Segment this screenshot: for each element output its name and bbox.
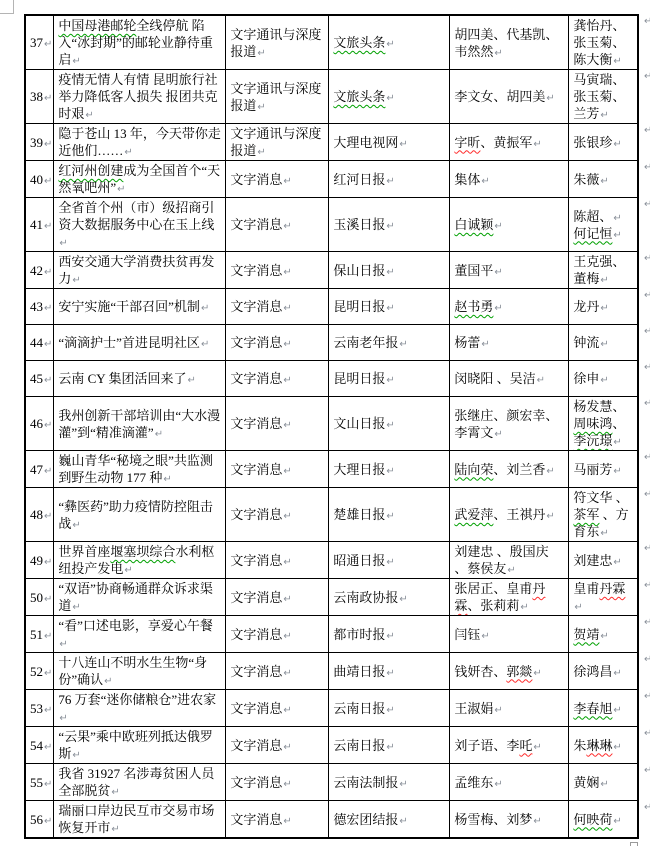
paragraph-mark-icon: ↵ <box>613 213 621 224</box>
title-cell[interactable]: 76 万套“迷你储粮仓”进农家↵ <box>54 690 226 727</box>
paragraph-mark-icon: ↵ <box>44 303 52 314</box>
title-cell[interactable]: 隐于苍山 13 年，今天带你走近他们……↵ <box>54 124 226 161</box>
editors-cell[interactable]: 贺靖↵ <box>569 616 638 653</box>
text-run: 钱妍杏、 <box>454 664 506 679</box>
editors-cell[interactable]: 王克强、董梅↵ <box>569 252 638 289</box>
category-cell[interactable]: 文字消息↵ <box>226 451 329 488</box>
category-cell[interactable]: 文字通讯与深度报道↵ <box>226 15 329 70</box>
title-cell[interactable]: 云南 CY 集团活回来了↵ <box>54 361 226 397</box>
row-number: 55 <box>30 775 43 790</box>
paragraph-mark-icon: ↵ <box>257 48 265 59</box>
authors-cell[interactable]: 字昕、黄振军↵ <box>450 124 569 161</box>
editors-cell[interactable]: 龙丹↵ <box>569 289 638 325</box>
category-cell[interactable]: 文字消息↵ <box>226 653 329 690</box>
paragraph-mark-icon: ↵ <box>386 420 394 431</box>
text-run: 昭通日报 <box>333 553 385 568</box>
text-run: 闵晓阳 、吴洁 <box>454 371 535 386</box>
authors-cell[interactable]: 王淑娟↵ <box>450 690 569 727</box>
authors-cell[interactable]: 集体↵ <box>450 161 569 198</box>
text-run: 武爱萍 <box>454 507 493 522</box>
paragraph-mark-icon: ↵ <box>72 750 80 761</box>
title-cell[interactable]: 中国母港邮轮全线停航 陷入“冰封期”的邮轮业静待重启↵ <box>54 15 226 70</box>
paragraph-mark-icon: ↵ <box>613 139 621 150</box>
publication-cell[interactable]: 文旅头条↵ <box>329 70 450 124</box>
publication-cell[interactable]: 昆明日报↵ <box>329 289 450 325</box>
paragraph-mark-icon: ↵ <box>44 816 52 827</box>
paragraph-mark-icon: ↵ <box>44 705 52 716</box>
text-run: 玉溪日报 <box>333 217 385 232</box>
paragraph-mark-icon: ↵ <box>481 631 489 642</box>
category-cell[interactable]: 文字通讯与深度报道↵ <box>226 124 329 161</box>
paragraph-mark-icon: ↵ <box>44 39 52 50</box>
row-number-cell[interactable]: 43↵ <box>25 289 54 325</box>
paragraph-mark-icon: ↵ <box>283 221 291 232</box>
editors-cell[interactable]: 刘建忠↵ <box>569 542 638 579</box>
category-cell[interactable]: 文字消息↵ <box>226 801 329 839</box>
text-run: 文字消息 <box>230 738 282 753</box>
publication-cell[interactable]: 曲靖日报↵ <box>329 653 450 690</box>
editors-cell[interactable]: 张银珍↵ <box>569 124 638 161</box>
text-run: 我省 31927 名涉毒贫困人员全部脱贫 <box>58 766 214 798</box>
row-number: 46 <box>30 416 43 431</box>
row-number-cell[interactable]: 54↵ <box>25 727 54 764</box>
text-run: 大理电视网 <box>333 135 398 150</box>
category-cell[interactable]: 文字消息↵ <box>226 361 329 397</box>
paragraph-mark-icon: ↵ <box>533 742 541 753</box>
paragraph-mark-icon: ↵ <box>283 816 291 827</box>
authors-cell[interactable]: 闵晓阳 、吴洁↵ <box>450 361 569 397</box>
publication-cell[interactable]: 云南法制报↵ <box>329 764 450 801</box>
title-cell[interactable]: “看”口述电影，享爱心午餐↵ <box>54 616 226 653</box>
title-cell[interactable]: 巍山青华“秘境之眼”共监测到野生动物 177 种↵ <box>54 451 226 488</box>
text-run: 朱 <box>573 738 586 753</box>
title-cell[interactable]: 红河州创建成为全国首个“天然氧吧州”↵ <box>54 161 226 198</box>
paragraph-mark-icon: ↵ <box>546 93 554 104</box>
text-run: 文字消息 <box>230 263 282 278</box>
paragraph-mark-icon: ↵ <box>613 705 621 716</box>
paragraph-mark-icon: ↵ <box>257 102 265 113</box>
publication-cell[interactable]: 云南老年报↵ <box>329 325 450 361</box>
publication-cell[interactable]: 文旅头条↵ <box>329 15 450 70</box>
paragraph-mark-icon: ↵ <box>546 466 554 477</box>
table-row: 41↵全省首个州（市）级招商引资大数据服务中心在玉上线↵文字消息↵玉溪日报↵白诚… <box>25 198 638 252</box>
paragraph-mark-icon: ↵ <box>613 437 621 448</box>
paragraph-mark-icon: ↵ <box>644 453 650 463</box>
paragraph-mark-icon: ↵ <box>644 490 650 500</box>
table-row: 39↵隐于苍山 13 年，今天带你走近他们……↵文字通讯与深度报道↵大理电视网↵… <box>25 124 638 161</box>
paragraph-mark-icon: ↵ <box>283 303 291 314</box>
text-run: 、刘兰香 <box>493 462 545 477</box>
title-cell[interactable]: 瑞丽口岸边民互市交易市场恢复开市↵ <box>54 801 226 839</box>
text-run: 曲靖日报 <box>333 664 385 679</box>
publication-cell[interactable]: 文山日报↵ <box>329 397 450 451</box>
publication-cell[interactable]: 昆明日报↵ <box>329 361 450 397</box>
paragraph-mark-icon: ↵ <box>600 779 608 790</box>
publication-cell[interactable]: 都市时报↵ <box>329 616 450 653</box>
paragraph-mark-icon: ↵ <box>600 631 608 642</box>
text-run: 文字消息 <box>230 416 282 431</box>
text-run: 李沅璟 <box>573 433 612 448</box>
authors-cell[interactable]: 赵书勇↵ <box>450 289 569 325</box>
paragraph-mark-icon: ↵ <box>644 17 650 27</box>
row-number-cell[interactable]: 44↵ <box>25 325 54 361</box>
paragraph-mark-icon: ↵ <box>72 602 80 613</box>
text-run: 、 <box>612 416 625 431</box>
category-cell[interactable]: 文字消息↵ <box>226 289 329 325</box>
text-run: 胡四美、代基凯、韦然然 <box>454 27 558 59</box>
text-run: 、王祺丹 <box>493 507 545 522</box>
paragraph-mark-icon: ↵ <box>59 639 67 650</box>
editors-cell[interactable]: 李春旭↵ <box>569 690 638 727</box>
row-number: 43 <box>30 299 43 314</box>
text-run: 安宁实施“干部召回”机制 <box>58 299 200 314</box>
text-run: 贺靖 <box>573 627 599 642</box>
text-run: 张银珍 <box>573 135 612 150</box>
paragraph-mark-icon: ↵ <box>600 275 608 286</box>
text-run: 徐鸿昌 <box>573 664 612 679</box>
row-number-cell[interactable]: 48↵ <box>25 488 54 542</box>
table-row: 56↵瑞丽口岸边民互市交易市场恢复开市↵文字消息↵德宏团结报↵杨雪梅、刘梦↵何映… <box>25 801 638 839</box>
row-number: 49 <box>30 553 43 568</box>
paragraph-mark-icon: ↵ <box>283 631 291 642</box>
category-cell[interactable]: 文字消息↵ <box>226 161 329 198</box>
text-run: “双语”协商畅通群众诉求渠道 <box>58 581 213 613</box>
row-number-cell[interactable]: 53↵ <box>25 690 54 727</box>
publication-cell[interactable]: 云南日报↵ <box>329 727 450 764</box>
authors-cell[interactable]: 刘建忠 、殷国庆 、蔡侯友↵ <box>450 542 569 579</box>
text-run: 76 万套“迷你储粮仓”进农家 <box>58 692 216 707</box>
text-run: 茶军 <box>573 507 599 522</box>
paragraph-mark-icon: ↵ <box>399 779 407 790</box>
row-number-cell[interactable]: 55↵ <box>25 764 54 801</box>
title-cell[interactable]: 安宁实施“干部召回”机制↵ <box>54 289 226 325</box>
row-number-cell[interactable]: 38↵ <box>25 70 54 124</box>
editors-cell[interactable]: 马丽芳↵ <box>569 451 638 488</box>
editors-cell[interactable]: 朱琳琳↵ <box>569 727 638 764</box>
category-cell[interactable]: 文字消息↵ <box>226 727 329 764</box>
text-run: 文山日报 <box>333 416 385 431</box>
paragraph-mark-icon: ↵ <box>386 631 394 642</box>
title-cell[interactable]: 世界首座堰塞坝综合水利枢纽投产发电↵ <box>54 542 226 579</box>
text-run: 皇甫 <box>573 581 599 596</box>
category-cell[interactable]: 文字消息↵ <box>226 325 329 361</box>
paragraph-mark-icon: ↵ <box>644 254 650 264</box>
editors-cell[interactable]: 朱薇↵ <box>569 161 638 198</box>
paragraph-mark-icon: ↵ <box>59 713 67 724</box>
paragraph-mark-icon: ↵ <box>644 163 650 173</box>
authors-cell[interactable]: 胡四美、代基凯、韦然然↵ <box>450 15 569 70</box>
paragraph-mark-icon: ↵ <box>600 375 608 386</box>
title-cell[interactable]: “云果”乘中欧班列抵达俄罗斯↵ <box>54 727 226 764</box>
text-run: 龙丹 <box>573 299 599 314</box>
publication-cell[interactable]: 红河日报↵ <box>329 161 450 198</box>
authors-cell[interactable]: 孟维东↵ <box>450 764 569 801</box>
paragraph-mark-icon: ↵ <box>600 339 608 350</box>
text-run: 文字消息 <box>230 627 282 642</box>
paragraph-mark-icon: ↵ <box>44 466 52 477</box>
editors-cell[interactable]: 徐鸿昌↵ <box>569 653 638 690</box>
paragraph-mark-icon: ↵ <box>644 581 650 591</box>
row-number-cell[interactable]: 51↵ <box>25 616 54 653</box>
text-run: 文字消息 <box>230 299 282 314</box>
text-run: 何映荷 <box>573 812 612 827</box>
text-run: 何记恒 <box>573 226 612 241</box>
category-cell[interactable]: 文字消息↵ <box>226 579 329 616</box>
table-row: 43↵安宁实施“干部召回”机制↵文字消息↵昆明日报↵赵书勇↵龙丹↵ <box>25 289 638 325</box>
text-run: 我州创新干部培训由“大水漫灌”到“精准滴灌” <box>58 408 220 440</box>
margin-corner-mark <box>0 0 14 14</box>
row-number: 51 <box>30 627 43 642</box>
editors-cell[interactable]: 何映荷↵ <box>569 801 638 839</box>
table-row: 55↵我省 31927 名涉毒贫困人员全部脱贫↵文字消息↵云南法制报↵孟维东↵黄… <box>25 764 638 801</box>
category-cell[interactable]: 文字通讯与深度报道↵ <box>226 70 329 124</box>
category-cell[interactable]: 文字消息↵ <box>226 198 329 252</box>
row-number-cell[interactable]: 39↵ <box>25 124 54 161</box>
paragraph-mark-icon: ↵ <box>537 375 545 386</box>
paragraph-mark-icon: ↵ <box>155 429 163 440</box>
text-run: 刘子语、李 <box>454 738 519 753</box>
title-cell[interactable]: “滴滴护士”首进昆明社区↵ <box>54 325 226 361</box>
paragraph-mark-icon: ↵ <box>386 668 394 679</box>
authors-cell[interactable]: 陆向荣、刘兰香↵ <box>450 451 569 488</box>
paragraph-mark-icon: ↵ <box>124 147 132 158</box>
paragraph-mark-icon: ↵ <box>644 618 650 628</box>
text-run: 巍山青华“秘境之眼”共监测到野生动物 177 种 <box>58 453 213 485</box>
title-cell[interactable]: 疫情无情人有情 昆明旅行社举力降低客人损失 报团共克时艰↵ <box>54 70 226 124</box>
paragraph-mark-icon: ↵ <box>201 339 209 350</box>
authors-cell[interactable]: 白诚颖↵ <box>450 198 569 252</box>
paragraph-mark-icon: ↵ <box>283 339 291 350</box>
paragraph-mark-icon: ↵ <box>644 72 650 82</box>
paragraph-mark-icon: ↵ <box>644 200 650 210</box>
table-body: 37↵中国母港邮轮全线停航 陷入“冰封期”的邮轮业静待重启↵文字通讯与深度报道↵… <box>25 15 638 838</box>
text-run: 孟维东 <box>454 775 493 790</box>
text-run: “彝医药”助力疫情防控阻击战 <box>58 499 213 531</box>
text-run: “看”口述电影，享爱心午餐 <box>58 618 213 633</box>
paragraph-mark-icon: ↵ <box>386 466 394 477</box>
paragraph-mark-icon: ↵ <box>44 779 52 790</box>
editors-cell[interactable]: 黄娴↵ <box>569 764 638 801</box>
title-cell[interactable]: 西安交通大学消费扶贫再发力↵ <box>54 252 226 289</box>
row-number: 53 <box>30 701 43 716</box>
paragraph-mark-icon: ↵ <box>644 291 650 301</box>
row-number-cell[interactable]: 46↵ <box>25 397 54 451</box>
row-number-cell[interactable]: 50↵ <box>25 579 54 616</box>
text-run: 全省首个州（市）级招商引资大数据服务中心在玉上线 <box>58 200 214 232</box>
text-run: 赵书勇 <box>454 299 493 314</box>
paragraph-mark-icon: ↵ <box>386 221 394 232</box>
publication-cell[interactable]: 保山日报↵ <box>329 252 450 289</box>
row-number-cell[interactable]: 41↵ <box>25 198 54 252</box>
paragraph-mark-icon: ↵ <box>124 565 132 576</box>
text-run: 昆明日报 <box>333 371 385 386</box>
paragraph-mark-icon: ↵ <box>533 816 541 827</box>
text-run: 文字消息 <box>230 664 282 679</box>
editors-cell[interactable]: 徐申↵ <box>569 361 638 397</box>
text-run: 琳琳 <box>586 738 612 753</box>
document-page: 37↵中国母港邮轮全线停航 陷入“冰封期”的邮轮业静待重启↵文字通讯与深度报道↵… <box>0 0 650 846</box>
editors-cell[interactable]: 马寅瑞、张玉菊、兰芳↵ <box>569 70 638 124</box>
text-run: 李春旭 <box>573 701 612 716</box>
paragraph-mark-icon: ↵ <box>399 339 407 350</box>
editors-cell[interactable]: 陈超、↵何记恒↵ <box>569 198 638 252</box>
paragraph-mark-icon: ↵ <box>187 375 195 386</box>
paragraph-mark-icon: ↵ <box>283 742 291 753</box>
text-run: 文字消息 <box>230 553 282 568</box>
text-run: 字昕 <box>454 135 480 150</box>
text-run: 云南日报 <box>333 701 385 716</box>
row-number-cell[interactable]: 45↵ <box>25 361 54 397</box>
editors-cell[interactable]: 钟流↵ <box>569 325 638 361</box>
paragraph-mark-icon: ↵ <box>111 787 119 798</box>
authors-cell[interactable]: 钱妍杏、郭燚↵ <box>450 653 569 690</box>
paragraph-mark-icon: ↵ <box>283 466 291 477</box>
row-number-cell[interactable]: 56↵ <box>25 801 54 839</box>
row-number: 48 <box>30 507 43 522</box>
authors-cell[interactable]: 李文女、胡四美↵ <box>450 70 569 124</box>
editors-cell[interactable]: 皇甫丹霖↵ <box>569 579 638 616</box>
paragraph-mark-icon: ↵ <box>257 147 265 158</box>
row-number: 37 <box>30 35 43 50</box>
editors-cell[interactable]: 龚怡丹、张玉菊、陈大衡↵ <box>569 15 638 70</box>
text-run: 陆向荣 <box>454 462 493 477</box>
text-run: 王淑娟 <box>454 701 493 716</box>
paragraph-mark-icon: ↵ <box>386 93 394 104</box>
paragraph-mark-icon: ↵ <box>44 267 52 278</box>
row-number: 52 <box>30 664 43 679</box>
category-cell[interactable]: 文字消息↵ <box>226 252 329 289</box>
category-cell[interactable]: 文字消息↵ <box>226 397 329 451</box>
editors-cell[interactable]: 符文华 、茶军 、方育东↵ <box>569 488 638 542</box>
authors-cell[interactable]: 刘子语、李吒↵ <box>450 727 569 764</box>
paragraph-mark-icon: ↵ <box>283 705 291 716</box>
table-row: 38↵疫情无情人有情 昆明旅行社举力降低客人损失 报团共克时艰↵文字通讯与深度报… <box>25 70 638 124</box>
publication-cell[interactable]: 楚雄日报↵ <box>329 488 450 542</box>
paragraph-mark-icon: ↵ <box>163 474 171 485</box>
text-run: 文字消息 <box>230 507 282 522</box>
text-run: 文字消息 <box>230 371 282 386</box>
paragraph-mark-icon: ↵ <box>644 766 650 776</box>
text-run: 钟流 <box>573 335 599 350</box>
table-resize-handle[interactable] <box>630 842 638 846</box>
authors-cell[interactable]: 董国平↵ <box>450 252 569 289</box>
paragraph-mark-icon: ↵ <box>283 594 291 605</box>
paragraph-mark-icon: ↵ <box>533 668 541 679</box>
title-cell[interactable]: “双语”协商畅通群众诉求渠道↵ <box>54 579 226 616</box>
editors-cell[interactable]: 杨发慧、周味鸿、李沅璟↵ <box>569 397 638 451</box>
paragraph-mark-icon: ↵ <box>386 303 394 314</box>
text-run: 文字通讯与深度报道 <box>230 81 321 113</box>
authors-cell[interactable]: 杨雪梅、刘梦↵ <box>450 801 569 839</box>
text-run: 红河州创建 <box>58 163 123 178</box>
title-cell[interactable]: “彝医药”助力疫情防控阻击战↵ <box>54 488 226 542</box>
title-cell[interactable]: 我省 31927 名涉毒贫困人员全部脱贫↵ <box>54 764 226 801</box>
paragraph-mark-icon: ↵ <box>644 544 650 554</box>
row-number-cell[interactable]: 49↵ <box>25 542 54 579</box>
title-cell[interactable]: 我州创新干部培训由“大水漫灌”到“精准滴灌”↵ <box>54 397 226 451</box>
table-row: 42↵西安交通大学消费扶贫再发力↵文字消息↵保山日报↵董国平↵王克强、董梅↵ <box>25 252 638 289</box>
publication-cell[interactable]: 大理日报↵ <box>329 451 450 488</box>
paragraph-mark-icon: ↵ <box>644 729 650 739</box>
text-run: 文旅头条 <box>333 35 385 50</box>
table-row: 37↵中国母港邮轮全线停航 陷入“冰封期”的邮轮业静待重启↵文字通讯与深度报道↵… <box>25 15 638 70</box>
row-number-cell[interactable]: 47↵ <box>25 451 54 488</box>
publication-cell[interactable]: 大理电视网↵ <box>329 124 450 161</box>
text-run: 文字消息 <box>230 701 282 716</box>
paragraph-mark-icon: ↵ <box>644 803 650 813</box>
text-run: 大理日报 <box>333 462 385 477</box>
authors-cell[interactable]: 张继庄、颜宏幸、李霄文↵ <box>450 397 569 451</box>
paragraph-mark-icon: ↵ <box>494 779 502 790</box>
text-run: 云南日报 <box>333 738 385 753</box>
text-run: 杨蕾 <box>454 335 480 350</box>
paragraph-mark-icon: ↵ <box>72 275 80 286</box>
publication-cell[interactable]: 德宏团结报↵ <box>329 801 450 839</box>
paragraph-mark-icon: ↵ <box>44 339 52 350</box>
category-cell[interactable]: 文字消息↵ <box>226 764 329 801</box>
text-run: 刘建忠 <box>573 553 612 568</box>
text-run: 符文华 、 <box>573 490 628 505</box>
publication-cell[interactable]: 云南政协报↵ <box>329 579 450 616</box>
publication-cell[interactable]: 云南日报↵ <box>329 690 450 727</box>
text-run: “云果”乘中欧班列抵达俄罗斯 <box>58 729 213 761</box>
text-run: 文字通讯与深度报道 <box>230 27 321 59</box>
authors-cell[interactable]: 杨蕾↵ <box>450 325 569 361</box>
text-run: 文字消息 <box>230 462 282 477</box>
title-cell[interactable]: 全省首个州（市）级招商引资大数据服务中心在玉上线↵ <box>54 198 226 252</box>
authors-cell[interactable]: 武爱萍、王祺丹↵ <box>450 488 569 542</box>
category-cell[interactable]: 文字消息↵ <box>226 542 329 579</box>
paragraph-mark-icon: ↵ <box>44 375 52 386</box>
text-run: 云南老年报 <box>333 335 398 350</box>
row-number-cell[interactable]: 40↵ <box>25 161 54 198</box>
text-run: 昆明日报 <box>333 299 385 314</box>
publication-cell[interactable]: 昭通日报↵ <box>329 542 450 579</box>
category-cell[interactable]: 文字消息↵ <box>226 616 329 653</box>
row-number-cell[interactable]: 37↵ <box>25 15 54 70</box>
paragraph-mark-icon: ↵ <box>283 176 291 187</box>
row-number-cell[interactable]: 52↵ <box>25 653 54 690</box>
text-run: 张继庄、颜宏幸、李霄文 <box>454 408 558 440</box>
paragraph-mark-icon: ↵ <box>613 557 621 568</box>
row-number: 41 <box>30 217 43 232</box>
paragraph-mark-icon: ↵ <box>644 363 650 373</box>
category-cell[interactable]: 文字消息↵ <box>226 488 329 542</box>
paragraph-mark-icon: ↵ <box>386 511 394 522</box>
paragraph-mark-icon: ↵ <box>613 56 621 67</box>
text-run: 世界首座 <box>58 544 110 559</box>
paragraph-mark-icon: ↵ <box>117 184 125 195</box>
text-run: 黄娴 <box>573 775 599 790</box>
paragraph-mark-icon: ↵ <box>494 705 502 716</box>
text-run: 白诚颖 <box>454 217 493 232</box>
table-row: 47↵巍山青华“秘境之眼”共监测到野生动物 177 种↵文字消息↵大理日报↵陆向… <box>25 451 638 488</box>
title-cell[interactable]: 十八连山不明水生生物“身份”确认↵ <box>54 653 226 690</box>
paragraph-mark-icon: ↵ <box>44 594 52 605</box>
text-run: 云南法制报 <box>333 775 398 790</box>
authors-cell[interactable]: 闫钰↵ <box>450 616 569 653</box>
category-cell[interactable]: 文字消息↵ <box>226 690 329 727</box>
paragraph-mark-icon: ↵ <box>283 511 291 522</box>
authors-cell[interactable]: 张居正、皇甫丹霖、张莉莉↵ <box>450 579 569 616</box>
row-number-cell[interactable]: 42↵ <box>25 252 54 289</box>
paragraph-mark-icon: ↵ <box>399 594 407 605</box>
paragraph-mark-icon: ↵ <box>283 557 291 568</box>
publication-cell[interactable]: 玉溪日报↵ <box>329 198 450 252</box>
text-run: 杨雪梅、刘梦 <box>454 812 532 827</box>
paragraph-mark-icon: ↵ <box>386 705 394 716</box>
text-run: 刘建忠 、殷国庆 、蔡侯友 <box>454 544 552 576</box>
